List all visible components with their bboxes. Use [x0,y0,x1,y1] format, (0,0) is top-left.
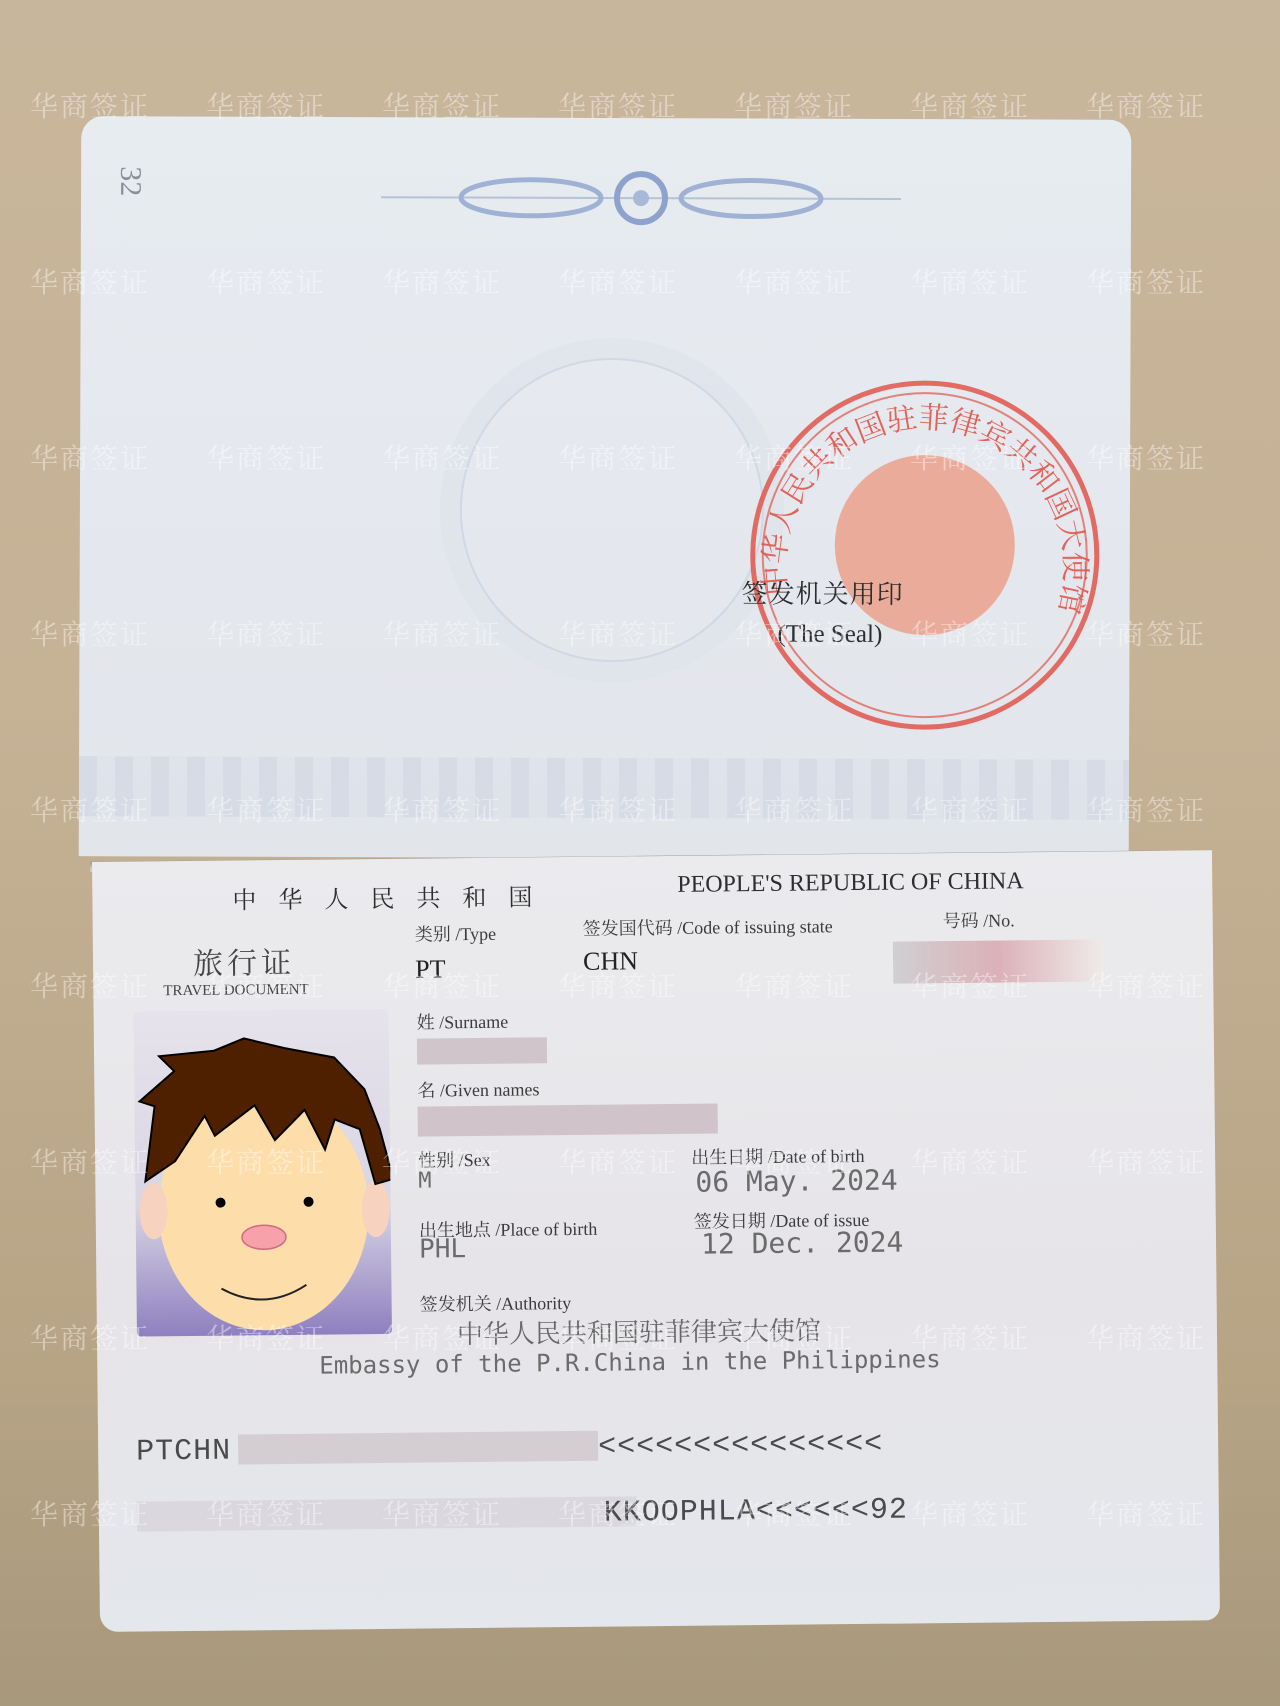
holder-photo [134,1009,392,1337]
date-of-issue-value: 12 Dec. 2024 [701,1226,904,1261]
authority-value-cn: 中华人民共和国驻菲律宾大使馆 [457,1310,821,1351]
document-number-label: 号码 /No. [943,906,1015,933]
cartoon-face-icon [134,1009,392,1337]
type-label: 类别 /Type [415,920,497,947]
authority-value-en: Embassy of the P.R.China in the Philippi… [319,1345,941,1380]
document-title-cn: 旅行证 [193,938,295,983]
page-number: 32 [113,166,147,196]
passport-data-page: 中 华 人 民 共 和 国 PEOPLE'S REPUBLIC OF CHINA… [92,850,1220,1632]
mrz-line2-redacted [137,1496,637,1531]
mrz-line1-redacted [238,1431,598,1465]
sex-value: M [418,1168,432,1193]
surname-label: 姓 /Surname [417,1008,509,1035]
seal-caption-en: (The Seal) [777,621,882,649]
embassy-seal-icon: 中华人民共和国驻菲律宾共和国大使馆 [744,374,1105,735]
mrz-line2-end: KKOOPHLA<<<<<<92 [604,1493,908,1530]
given-names-redacted [418,1103,718,1136]
issuing-state-value: CHN [583,946,638,977]
document-title-en: TRAVEL DOCUMENT [163,982,309,1001]
issuing-state-label: 签发国代码 /Code of issuing state [583,912,833,941]
seal-caption-cn: 签发机关用印 [742,573,904,611]
date-of-birth-value: 06 May. 2024 [695,1164,898,1199]
given-names-label: 名 /Given names [417,1075,539,1102]
surname-redacted [417,1037,547,1064]
mrz-line1-start: PTCHN [136,1435,231,1470]
document-number-redacted [893,939,1103,983]
ornament-icon [381,169,901,227]
security-wave-band [79,756,1129,820]
mrz-line1-end: <<<<<<<<<<<<<<< [598,1428,883,1465]
upper-passport-page: 32 中华人民共和国驻菲律宾共和国大使馆 签发机关用印 (The Seal) [79,116,1132,860]
place-of-birth-value: PHL [419,1234,466,1264]
guilloche-emblem [459,357,764,662]
country-name-cn: 中 华 人 民 共 和 国 [232,877,540,915]
country-name-en: PEOPLE'S REPUBLIC OF CHINA [677,868,1024,899]
type-value: PT [415,954,446,984]
